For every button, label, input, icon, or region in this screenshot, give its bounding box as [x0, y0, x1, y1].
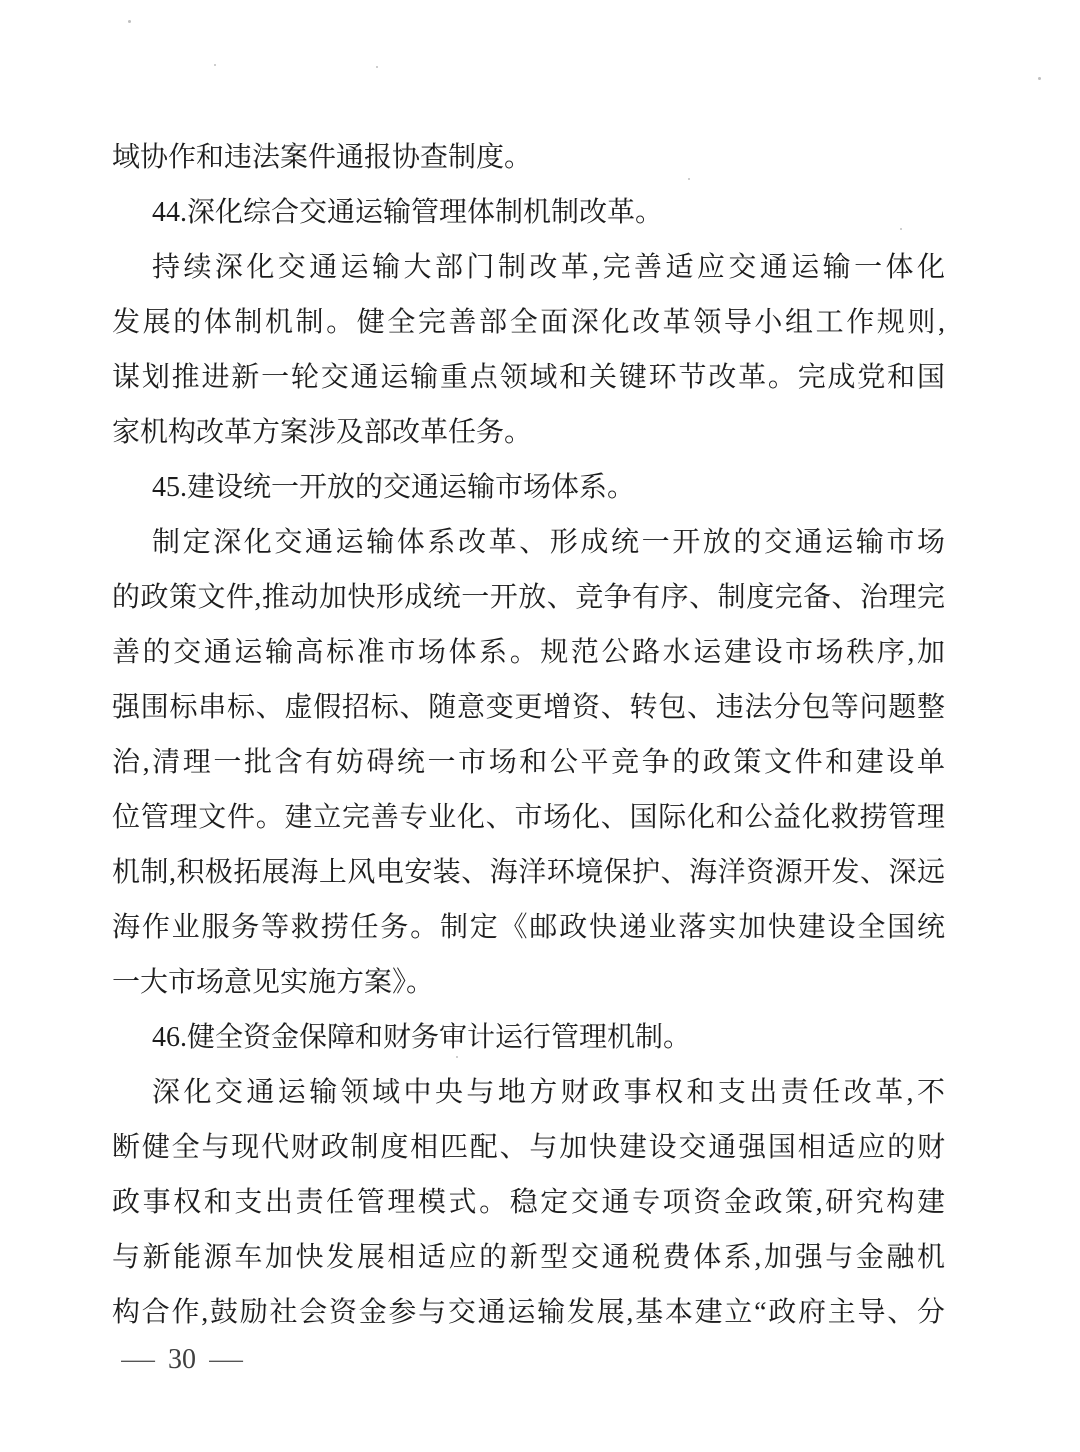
text-line: 构合作,鼓励社会资金参与交通运输发展,基本建立“政府主导、分 [112, 1285, 945, 1340]
text-line: 政事权和支出责任管理模式。稳定交通专项资金政策,研究构建 [112, 1175, 945, 1230]
text-line: 家机构改革方案涉及部改革任务。 [112, 405, 945, 460]
section-heading-46: 46.健全资金保障和财务审计运行管理机制。 [112, 1010, 945, 1065]
footer-left-dash: — [121, 1344, 155, 1376]
text-line: 持续深化交通运输大部门制改革,完善适应交通运输一体化 [112, 240, 945, 295]
text-line: 强围标串标、虚假招标、随意变更增资、转包、违法分包等问题整 [112, 680, 945, 735]
scan-speck [688, 178, 690, 180]
scan-speck [900, 228, 902, 230]
scan-speck [214, 64, 216, 66]
scan-speck [376, 66, 378, 68]
text-line: 治,清理一批含有妨碍统一市场和公平竞争的政策文件和建设单 [112, 735, 945, 790]
text-line: 机制,积极拓展海上风电安装、海洋环境保护、海洋资源开发、深远 [112, 845, 945, 900]
page-number: 30 [168, 1344, 196, 1376]
text-line: 谋划推进新一轮交通运输重点领域和关键环节改革。完成党和国 [112, 350, 945, 405]
text-line: 善的交通运输高标准市场体系。规范公路水运建设市场秩序,加 [112, 625, 945, 680]
text-line: 深化交通运输领域中央与地方财政事权和支出责任改革,不 [112, 1065, 945, 1120]
page-number-footer: — 30 — [124, 1336, 240, 1384]
text-line: 发展的体制机制。健全完善部全面深化改革领导小组工作规则, [112, 295, 945, 350]
document-body-text: 域协作和违法案件通报协查制度。 44.深化综合交通运输管理体制机制改革。 持续深… [112, 130, 945, 1340]
section-heading-44: 44.深化综合交通运输管理体制机制改革。 [112, 185, 945, 240]
text-line: 位管理文件。建立完善专业化、市场化、国际化和公益化救捞管理 [112, 790, 945, 845]
text-line: 与新能源车加快发展相适应的新型交通税费体系,加强与金融机 [112, 1230, 945, 1285]
document-page: 域协作和违法案件通报协查制度。 44.深化综合交通运输管理体制机制改革。 持续深… [0, 0, 1080, 1452]
text-line: 域协作和违法案件通报协查制度。 [112, 130, 945, 185]
footer-right-dash: — [209, 1344, 243, 1376]
text-line: 制定深化交通运输体系改革、形成统一开放的交通运输市场 [112, 515, 945, 570]
scan-speck [858, 382, 860, 384]
text-line: 断健全与现代财政制度相匹配、与加快建设交通强国相适应的财 [112, 1120, 945, 1175]
text-line: 的政策文件,推动加快形成统一开放、竞争有序、制度完备、治理完 [112, 570, 945, 625]
scan-speck [456, 1056, 458, 1058]
scan-speck [1038, 77, 1041, 80]
text-line: 海作业服务等救捞任务。制定《邮政快递业落实加快建设全国统 [112, 900, 945, 955]
section-heading-45: 45.建设统一开放的交通运输市场体系。 [112, 460, 945, 515]
scan-speck [128, 20, 131, 23]
text-line: 一大市场意见实施方案》。 [112, 955, 945, 1010]
scan-speck [756, 1262, 758, 1264]
